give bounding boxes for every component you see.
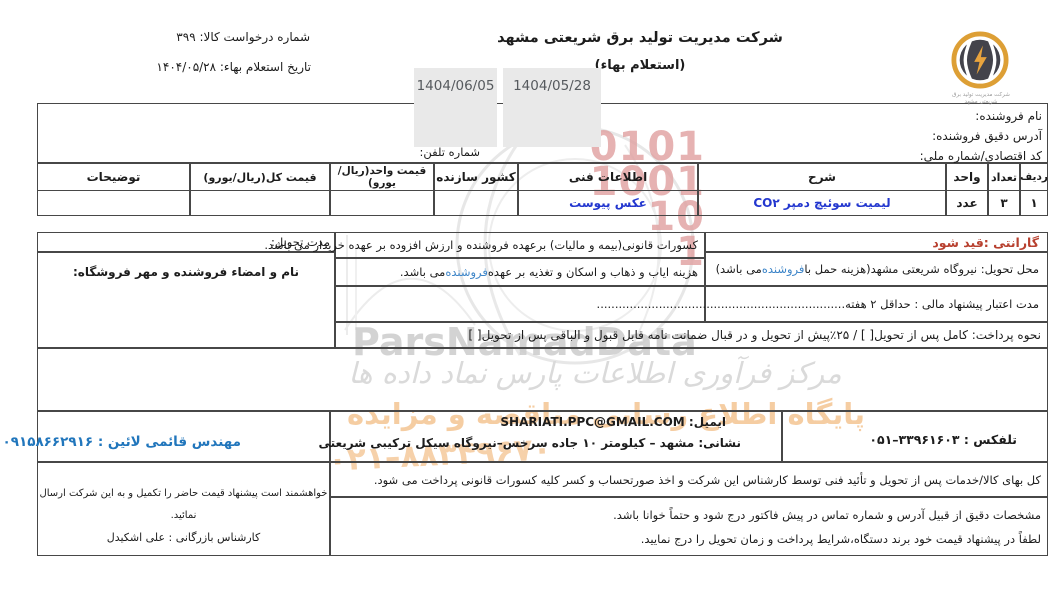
col-header-tech-info: اطلاعات فنی xyxy=(518,163,698,191)
telefax-cell: تلفکس : ۰۵۱–۳۳۹۶۱۶۰۳ xyxy=(782,411,1048,462)
item-row-unit: عدد xyxy=(946,190,988,216)
logo-caption-line1: شرکت مدیریت تولید برق xyxy=(936,92,1026,99)
col-header-description: شرح xyxy=(698,163,946,191)
travel-expenses-prefix: هزینه ایاب و ذهاب و اسکان و تغذیه بر عهد… xyxy=(488,265,698,279)
contact-middle-cell: ایمیل: SHARIATI.PPC@GMAIL.COM نشانی: مشه… xyxy=(330,411,782,462)
payment-method-text: نحوه پرداخت: کامل پس از تحویل[ ] / ۲۵٪پی… xyxy=(468,328,1041,342)
telefax-label: تلفکس : xyxy=(960,432,1017,447)
engineer-contact-cell: مهندس قائمی لائین : ۰۹۱۵۸۶۶۲۹۱۶ xyxy=(37,411,330,462)
item-row-notes xyxy=(37,190,190,216)
col-header-unit: واحد xyxy=(946,163,988,191)
col-header-radif: ردیف xyxy=(1020,163,1048,191)
guarantee-text: گارانتی :قید شود xyxy=(932,235,1039,250)
offer-validity-text: مدت اعتبار پیشنهاد مالی : حداقل ۲ هفته..… xyxy=(597,297,1039,311)
company-logo-icon xyxy=(951,31,1009,93)
offer-validity-note: مدت اعتبار پیشنهاد مالی : حداقل ۲ هفته..… xyxy=(705,286,1048,322)
item-row-tech-info: عکس پیوست xyxy=(518,190,698,216)
logo-caption: شرکت مدیریت تولید برق شریعتی مشهد xyxy=(936,92,1026,106)
date-box-left-value: 1404/06/05 xyxy=(417,78,495,94)
item-row-radif: ۱ xyxy=(1020,190,1048,216)
inquiry-date: تاریخ استعلام بهاء: ۱۴۰۴/۰۵/۲۸ xyxy=(156,60,311,74)
legal-deductions-text: کسورات قانونی(بیمه و مالیات) برعهده فروش… xyxy=(264,238,698,252)
travel-expenses-seller-word: فروشنده xyxy=(445,265,488,279)
item-row-description: لیمیت سوئیچ دمپر CO۲ xyxy=(698,190,946,216)
brand-note: لطفاً در پیشنهاد قیمت خود برند دستگاه،شر… xyxy=(331,527,1047,551)
request-note-cell: خواهشمند است پیشنهاد قیمت حاضر را تکمیل … xyxy=(37,462,330,556)
guarantee-note: گارانتی :قید شود xyxy=(705,232,1048,252)
postal-address-line: نشانی: مشهد – کیلومتر ۱۰ جاده سرخس–نیروگ… xyxy=(331,436,781,450)
payment-method-row: نحوه پرداخت: کامل پس از تحویل[ ] / ۲۵٪پی… xyxy=(335,322,1048,348)
general-notes-cell: مشخصات دقیق از قبیل آدرس و شماره تماس در… xyxy=(330,497,1048,556)
legal-deductions-note: کسورات قانونی(بیمه و مالیات) برعهده فروش… xyxy=(335,232,705,258)
date-box-left: 1404/06/05 xyxy=(414,68,497,147)
travel-expenses-note: هزینه ایاب و ذهاب و اسکان و تغذیه بر عهد… xyxy=(335,258,705,286)
date-box-right: 1404/05/28 xyxy=(503,68,601,147)
col-header-notes: توضیحات xyxy=(37,163,190,191)
logo-caption-line2: شریعتی مشهد xyxy=(936,99,1026,106)
delivery-place-note: محل تحویل: نیروگاه شریعتی مشهد(هزینه حمل… xyxy=(705,252,1048,286)
telefax-number: ۰۵۱–۳۳۹۶۱۶۰۳ xyxy=(869,432,959,447)
email-line: ایمیل: SHARIATI.PPC@GMAIL.COM xyxy=(331,415,781,429)
item-row-qty: ۳ xyxy=(988,190,1020,216)
col-header-qty: تعداد xyxy=(988,163,1020,191)
seller-signature-box: نام و امضاء فروشنده و مهر فروشگاه: xyxy=(37,252,335,348)
empty-row xyxy=(37,348,1048,411)
seller-signature-label: نام و امضاء فروشنده و مهر فروشگاه: xyxy=(73,265,299,279)
travel-expenses-suffix: می باشد. xyxy=(400,265,445,279)
company-title: شرکت مدیریت تولید برق شریعتی مشهد xyxy=(440,30,840,46)
col-header-unit-price: قیمت واحد(ریال/یورو) xyxy=(330,163,434,191)
col-header-total-price: قیمت کل(ریال/یورو) xyxy=(190,163,330,191)
seller-phone-field: شماره تلفن: xyxy=(420,145,480,159)
date-box-right-value: 1404/05/28 xyxy=(513,78,591,94)
request-number: شماره درخواست کالا: ۳۹۹ xyxy=(176,30,310,44)
payment-condition-note: کل بهای کالا/خدمات پس از تحویل و تأئید ف… xyxy=(374,473,1041,487)
col-header-country: کشور سازنده xyxy=(434,163,518,191)
delivery-place-seller-word: فروشنده xyxy=(762,262,805,276)
request-note-line: خواهشمند است پیشنهاد قیمت حاضر را تکمیل … xyxy=(38,483,329,527)
item-row-country xyxy=(434,190,518,216)
item-row-unit-price xyxy=(330,190,434,216)
commerce-expert-line: کارشناس بازرگانی : علی اشکیدل xyxy=(38,527,329,549)
details-note: مشخصات دقیق از قبیل آدرس و شماره تماس در… xyxy=(331,503,1047,527)
payment-condition-note-cell: کل بهای کالا/خدمات پس از تحویل و تأئید ف… xyxy=(330,462,1048,497)
inquiry-form-page: 0101 1001 10 1 ParsNamadData مرکز فرآوری… xyxy=(0,0,1058,612)
item-row-total-price xyxy=(190,190,330,216)
engineer-contact-line: مهندس قائمی لائین : ۰۹۱۵۸۶۶۲۹۱۶ xyxy=(38,412,241,450)
delivery-place-suffix: می باشد) xyxy=(716,262,762,276)
form-title: (استعلام بهاء) xyxy=(440,58,840,73)
delivery-place-prefix: محل تحویل: نیروگاه شریعتی مشهد(هزینه حمل… xyxy=(804,262,1039,276)
